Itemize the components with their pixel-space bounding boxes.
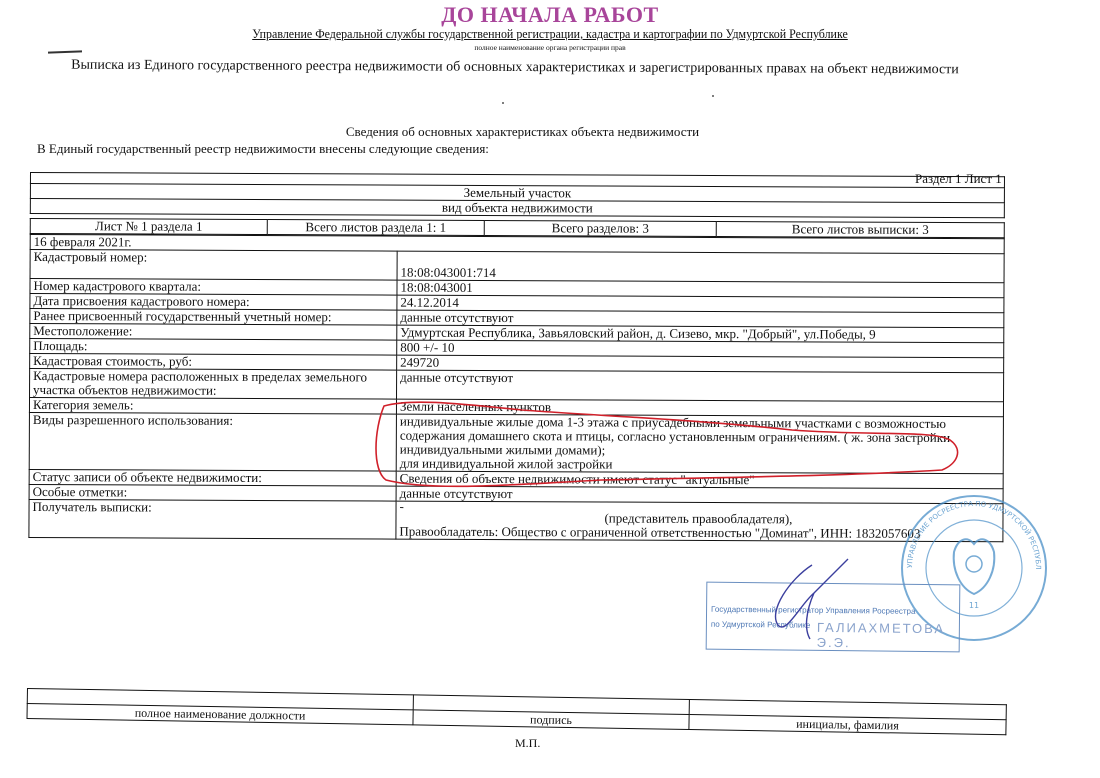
sheet-number: Лист № 1 раздела 1 <box>30 219 267 235</box>
table-row: Кадастровые номера расположенных в преде… <box>30 369 1004 402</box>
extract-sheets-total: Всего листов выписки: 3 <box>716 221 1004 237</box>
document-banner: ДО НАЧАЛА РАБОТ <box>0 2 1100 28</box>
row-label: Получатель выписки: <box>29 499 396 539</box>
contained-objects: данные отсутствуют <box>397 370 1004 402</box>
document-title: Выписка из Единого государственного реес… <box>0 57 1030 78</box>
row-label: Виды разрешенного использования: <box>29 412 396 471</box>
section-sheets-total: Всего листов раздела 1: 1 <box>267 220 484 236</box>
signature-icon <box>760 555 880 645</box>
scan-speck <box>502 102 504 104</box>
organization-name: Управление Федеральной службы государств… <box>44 26 1056 42</box>
table-row: Получатель выписки: - (представитель пра… <box>29 499 1003 541</box>
sections-total: Всего разделов: 3 <box>484 220 716 236</box>
row-label: Кадастровые номера расположенных в преде… <box>30 369 397 400</box>
scan-speck <box>712 95 714 97</box>
intro-text: В Единый государственный реестр недвижим… <box>37 141 489 157</box>
svg-text:11: 11 <box>969 601 979 610</box>
object-type-table: Земельный участок вид объекта недвижимос… <box>30 172 1005 218</box>
object-type-caption: вид объекта недвижимости <box>30 199 1004 218</box>
signature-caption: подпись <box>413 710 689 730</box>
stamp-place-label: М.П. <box>515 736 540 751</box>
red-highlight-loop <box>372 400 962 492</box>
characteristics-table: 16 февраля 2021г. Кадастровый номер: 18:… <box>28 234 1004 542</box>
section-title: Сведения об основных характеристиках объ… <box>0 124 1045 140</box>
organization-caption: полное наименование органа регистрации п… <box>0 43 1100 52</box>
cadastral-number: 18:08:043001:714 <box>397 251 1004 283</box>
signature-table: полное наименование должности подпись ин… <box>26 688 1006 735</box>
pen-stroke-mark <box>48 50 82 53</box>
row-label: Кадастровый номер: <box>30 250 397 281</box>
